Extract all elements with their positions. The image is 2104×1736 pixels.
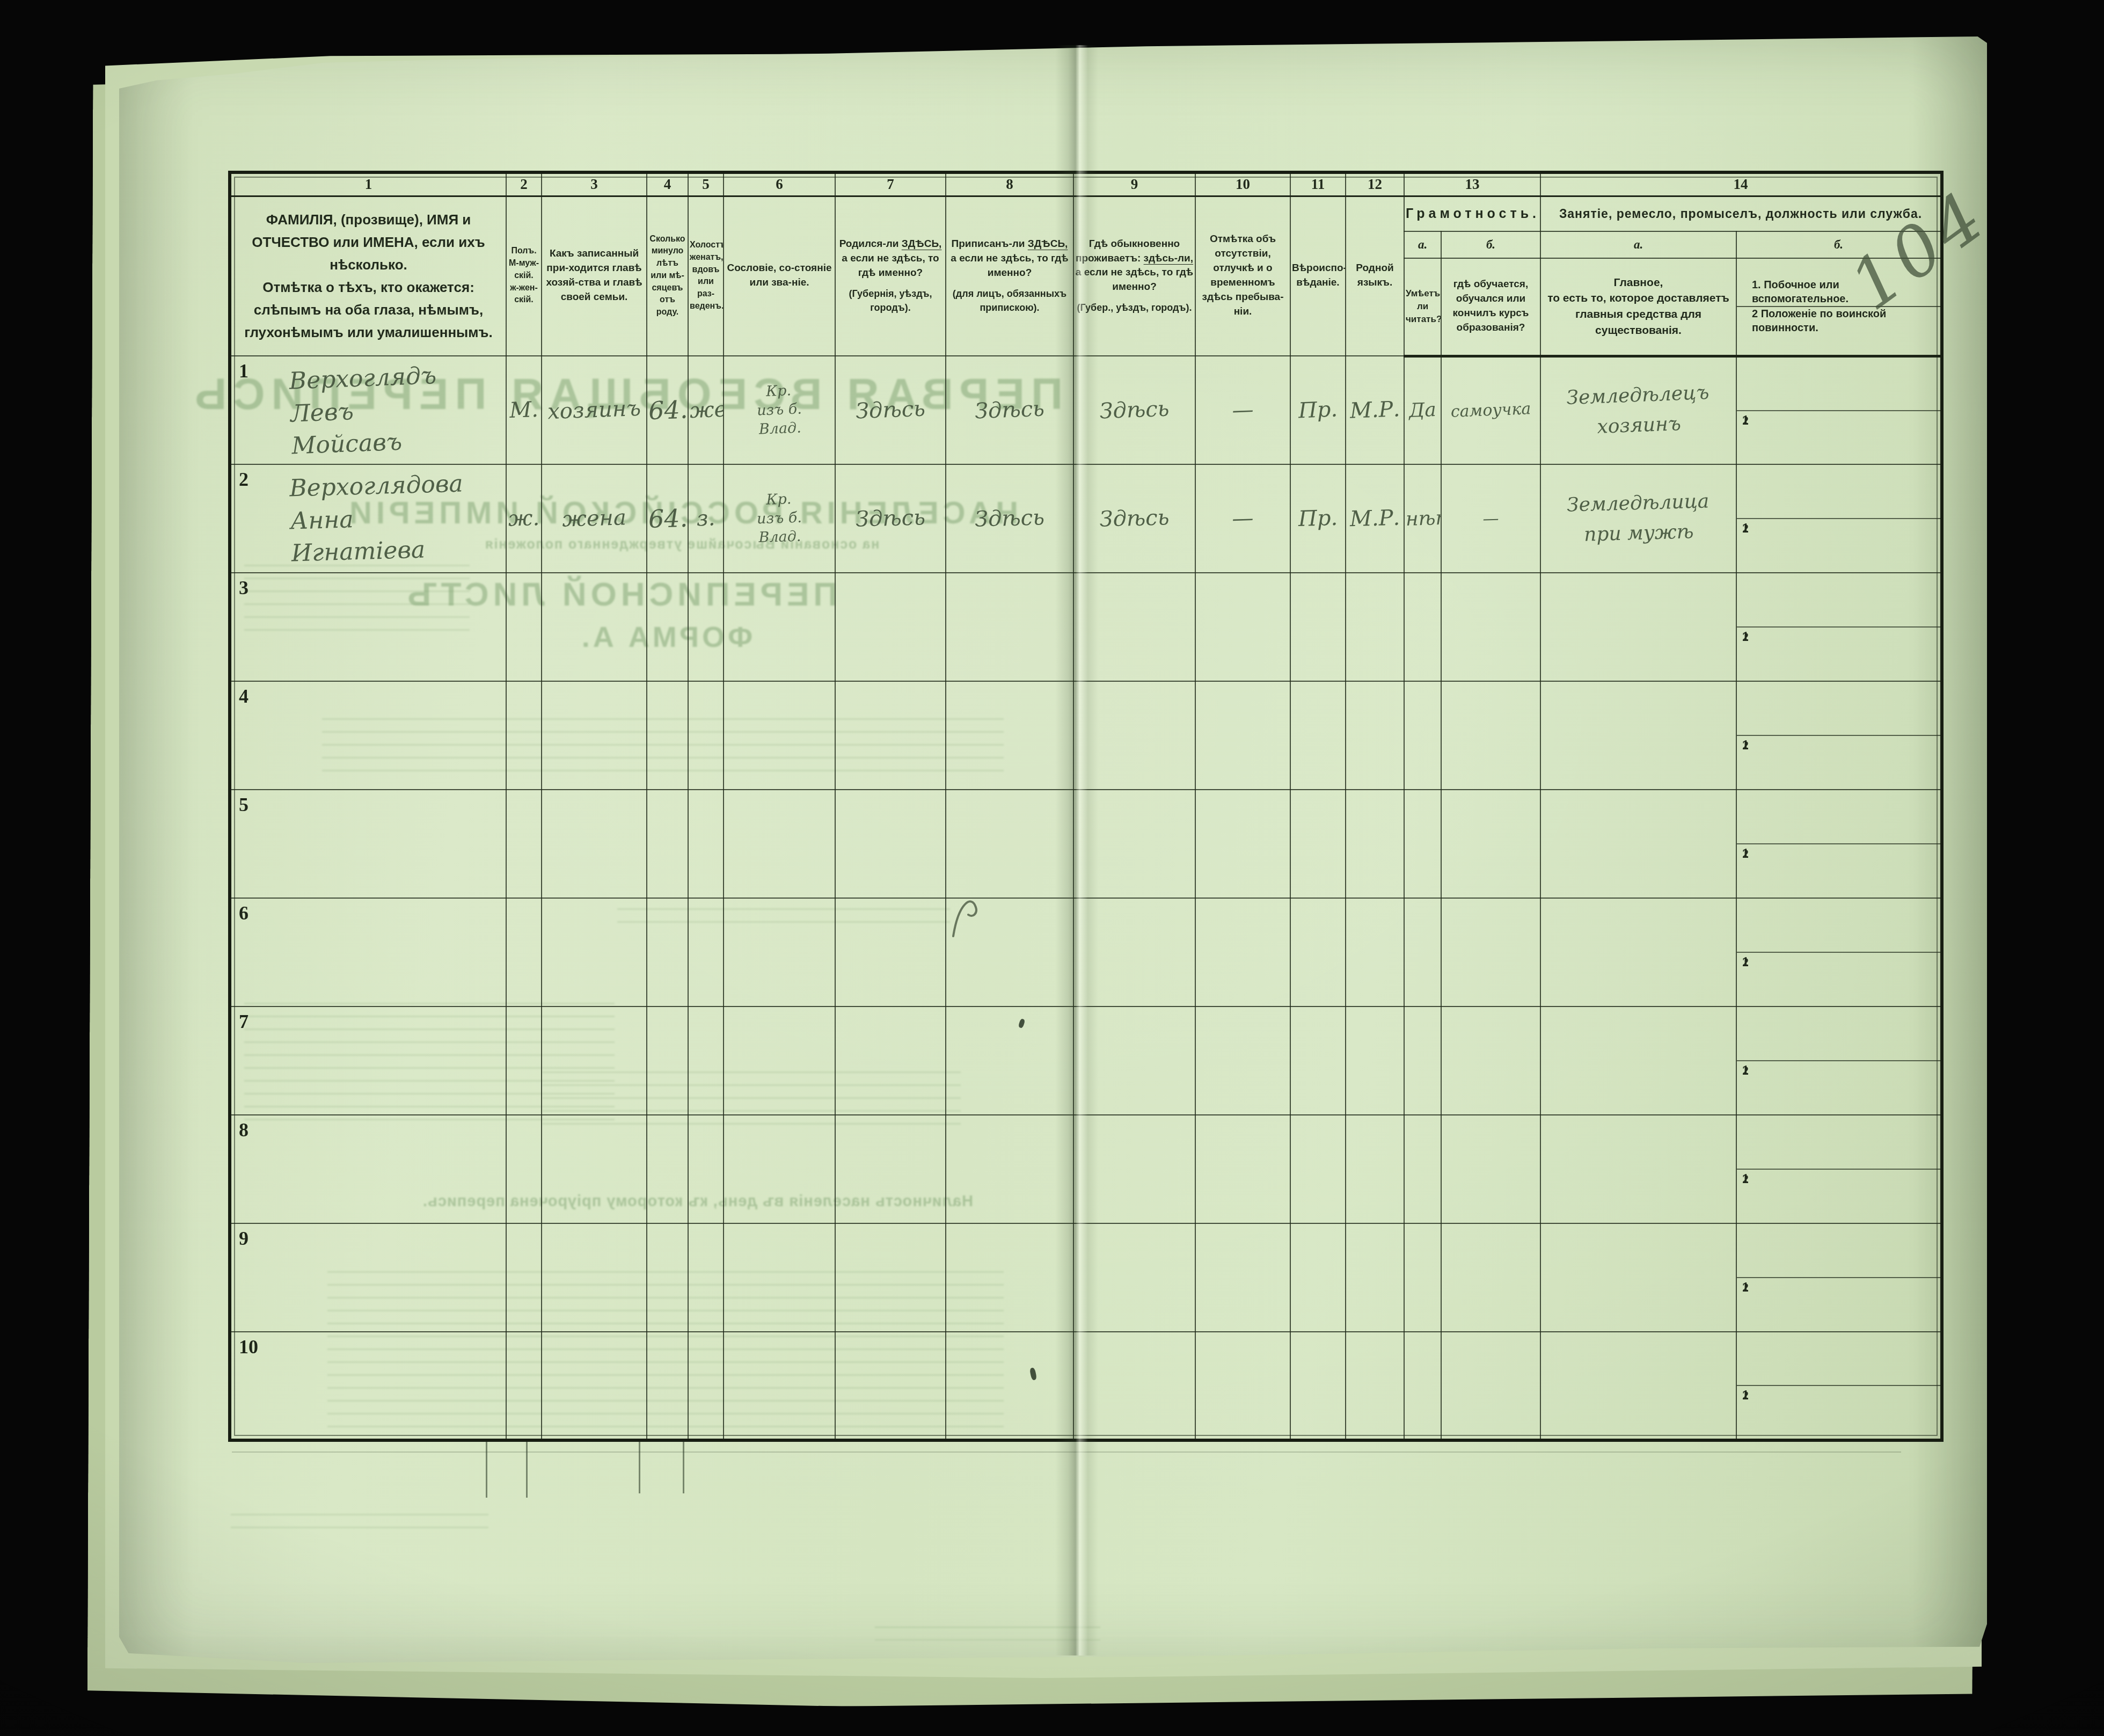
handwritten-entry: жена <box>543 505 645 532</box>
cell-sex <box>506 1115 542 1223</box>
cell-education <box>1441 898 1540 1006</box>
cell-side-occupation: 12 <box>1736 681 1942 790</box>
subrow-number: 2 <box>1742 414 1749 428</box>
cell-age: 64. <box>647 356 688 464</box>
cell-resides <box>1073 1115 1195 1223</box>
cell-age <box>647 1223 688 1332</box>
side-occupation-subcell: 1 <box>1737 1277 1940 1278</box>
cell-education <box>1441 1332 1540 1440</box>
person-row: 712 <box>230 1006 1942 1115</box>
cell-language <box>1346 790 1404 898</box>
person-row: 1012 <box>230 1332 1942 1440</box>
row-number: 5 <box>239 793 249 816</box>
cell-reads: нѣтъ <box>1404 464 1441 573</box>
cell-religion <box>1290 1223 1346 1332</box>
row-number: 10 <box>239 1336 258 1358</box>
cell-reads <box>1404 1332 1441 1440</box>
handwritten-entry: — <box>1443 508 1539 529</box>
handwritten-entry: Кр. изъ б. Влад. <box>725 489 835 549</box>
cell-registered <box>946 1332 1073 1440</box>
cell-born <box>835 790 946 898</box>
row-number: 4 <box>239 685 249 707</box>
cell-education: — <box>1441 464 1540 573</box>
subrow-number: 2 <box>1742 955 1749 970</box>
cell-resides <box>1073 898 1195 1006</box>
handwritten-entry: — <box>1196 505 1289 533</box>
cell-resides <box>1073 1332 1195 1440</box>
cell-sex: М. <box>506 356 542 464</box>
cell-absence <box>1195 1006 1290 1115</box>
handwritten-entry: Здѣсь <box>1075 396 1194 425</box>
header-education: гдѣ обучается, обучался или кончилъ курс… <box>1441 258 1540 356</box>
cell-side-occupation: 12 <box>1736 898 1942 1006</box>
cell-registered <box>946 790 1073 898</box>
cell-estate <box>724 1006 835 1115</box>
cell-name: 4 <box>230 681 506 790</box>
row-number: 9 <box>239 1227 249 1250</box>
handwritten-name <box>290 1165 505 1173</box>
cell-absence <box>1195 573 1290 681</box>
cell-reads <box>1404 1223 1441 1332</box>
header-age: Сколько минуло лѣтъ или мѣ-сяцевъ отъ ро… <box>647 196 688 356</box>
cell-sex <box>506 1223 542 1332</box>
cell-age <box>647 573 688 681</box>
cell-education <box>1441 1006 1540 1115</box>
cell-age: 64. <box>647 464 688 573</box>
side-occupation-subcell: 1 <box>1737 843 1940 844</box>
side-occupation-subcell: 1 <box>1737 518 1940 519</box>
cell-absence <box>1195 681 1290 790</box>
side-occupation-subcell: 1 <box>1737 952 1940 953</box>
cell-absence: — <box>1195 356 1290 464</box>
cell-religion <box>1290 790 1346 898</box>
cell-occupation_main <box>1540 898 1736 1006</box>
cell-relation <box>542 898 647 1006</box>
cell-occupation_main <box>1540 1006 1736 1115</box>
side-occupation-subcell: 1 <box>1737 735 1940 736</box>
cell-side-occupation: 12 <box>1736 573 1942 681</box>
cell-occupation_main <box>1540 790 1736 898</box>
subrow-number: 2 <box>1742 1389 1749 1403</box>
cell-marital <box>688 1115 724 1223</box>
cell-resides <box>1073 681 1195 790</box>
handwritten-entry: хозяинъ <box>543 396 646 424</box>
header-sex: Полъ. М-муж- скій. ж-жен- скій. <box>506 196 542 356</box>
cell-estate <box>724 790 835 898</box>
handwritten-entry: Здѣсь <box>836 505 944 533</box>
cell-age <box>647 1332 688 1440</box>
header-occupation-side-1: 1. Побочное или вспомогательное. <box>1737 278 1940 307</box>
cell-language <box>1346 898 1404 1006</box>
cell-resides <box>1073 1006 1195 1115</box>
cell-name: 7 <box>230 1006 506 1115</box>
cell-name: 1Верхоглядъ Левъ Мойсавъ <box>230 356 506 464</box>
header-registration: Приписанъ-ли ЗДѢСЬ, а если не здѣсь, то … <box>946 196 1073 356</box>
handwritten-name <box>290 949 505 956</box>
cell-occupation_main: Земледѣлица при мужѣ <box>1540 464 1736 573</box>
col-number-4: 4 <box>647 172 688 196</box>
handwritten-entry: з. <box>689 506 722 531</box>
cell-marital: з. <box>688 464 724 573</box>
header-religion: Вѣроиспо-вѣданіе. <box>1290 196 1346 356</box>
table-body: 1Верхоглядъ Левъ МойсавъМ.хозяинъ64.жеКр… <box>230 356 1942 1440</box>
handwritten-entry: Здѣсь <box>1075 505 1194 533</box>
table-header: 1 2 3 4 5 6 7 8 9 10 11 12 13 14 ФАМИЛІЯ… <box>230 172 1942 356</box>
cell-sex <box>506 681 542 790</box>
header-literacy-a: а. <box>1404 231 1441 258</box>
cell-education <box>1441 1115 1540 1223</box>
column-number-row: 1 2 3 4 5 6 7 8 9 10 11 12 13 14 <box>230 172 1942 196</box>
cell-born: Здѣсь <box>835 464 946 573</box>
header-relation: Какъ записанный при-ходится главѣ хозяй-… <box>542 196 647 356</box>
cell-name: 9 <box>230 1223 506 1332</box>
cell-estate <box>724 898 835 1006</box>
handwritten-entry <box>1542 624 1735 631</box>
cell-marital <box>688 681 724 790</box>
handwritten-entry <box>1737 406 1940 414</box>
cell-registered <box>946 1006 1073 1115</box>
handwritten-entry <box>1542 732 1735 739</box>
col-number-13: 13 <box>1404 172 1540 196</box>
cell-name: 5 <box>230 790 506 898</box>
handwritten-name <box>290 1274 505 1281</box>
cell-registered <box>946 1115 1073 1223</box>
cell-sex <box>506 790 542 898</box>
cell-reads <box>1404 681 1441 790</box>
header-absence: Отмѣтка объ отсутствіи, отлучкѣ и о врем… <box>1195 196 1290 356</box>
cell-religion: Пр. <box>1290 356 1346 464</box>
cell-religion <box>1290 681 1346 790</box>
cell-education <box>1441 790 1540 898</box>
cell-age <box>647 898 688 1006</box>
cell-side-occupation: 12 <box>1736 1223 1942 1332</box>
subrow-number: 2 <box>1742 1064 1749 1078</box>
cell-occupation_main <box>1540 1332 1736 1440</box>
cell-relation <box>542 681 647 790</box>
cell-language <box>1346 573 1404 681</box>
cell-language <box>1346 1006 1404 1115</box>
subrow-number: 2 <box>1742 630 1749 645</box>
row-number: 8 <box>239 1119 249 1141</box>
cell-education <box>1441 573 1540 681</box>
header-literacy-b: б. <box>1441 231 1540 258</box>
cell-reads <box>1404 1115 1441 1223</box>
cell-name: 10 <box>230 1332 506 1440</box>
handwritten-entry: М.Р. <box>1347 506 1402 532</box>
handwritten-entry: Здѣсь <box>947 505 1072 533</box>
person-row: 512 <box>230 790 1942 898</box>
cell-religion <box>1290 1115 1346 1223</box>
cell-born <box>835 681 946 790</box>
cell-religion <box>1290 1006 1346 1115</box>
handwritten-entry: Здѣсь <box>947 396 1072 425</box>
cell-reads <box>1404 573 1441 681</box>
cell-religion <box>1290 573 1346 681</box>
cell-sex <box>506 573 542 681</box>
subrow-number: 2 <box>1742 1172 1749 1187</box>
cell-resides: Здѣсь <box>1073 356 1195 464</box>
side-occupation-subcell: 1 <box>1737 1385 1940 1386</box>
cell-sex: ж. <box>506 464 542 573</box>
handwritten-entry: Кр. изъ б. Влад. <box>724 380 835 441</box>
handwritten-entry <box>1542 1382 1735 1389</box>
cell-relation <box>542 790 647 898</box>
handwritten-entry: 64. <box>648 504 686 534</box>
cell-age <box>647 790 688 898</box>
header-can-read: Умѣетъ-ли читать? <box>1404 258 1441 356</box>
col-number-1: 1 <box>230 172 506 196</box>
side-occupation-subcell: 1 <box>1737 1169 1940 1170</box>
handwritten-entry: — <box>1196 396 1289 425</box>
handwritten-entry <box>1542 1166 1735 1173</box>
cell-side-occupation: 12 <box>1736 464 1942 573</box>
cell-born: Здѣсь <box>835 356 946 464</box>
header-residence: Гдѣ обыкновенно проживаетъ: здѣсь-ли, а … <box>1073 196 1195 356</box>
cell-language: М.Р. <box>1346 356 1404 464</box>
cell-reads: Да <box>1404 356 1441 464</box>
cell-absence <box>1195 898 1290 1006</box>
header-marital: Холостъ, женатъ, вдовъ или раз-веденъ. <box>688 196 724 356</box>
cell-side-occupation: 12 <box>1736 1006 1942 1115</box>
cell-registered <box>946 1223 1073 1332</box>
side-occupation-subcell: 1 <box>1737 626 1940 628</box>
handwritten-entry <box>1737 407 1940 415</box>
cell-relation <box>542 573 647 681</box>
handwritten-entry: Пр. <box>1291 506 1344 532</box>
handwritten-name <box>290 1382 505 1389</box>
handwritten-entry: нѣтъ <box>1405 507 1440 530</box>
subrow-number: 2 <box>1742 1281 1749 1295</box>
cell-estate <box>724 573 835 681</box>
header-occupation-title: Занятіе, ремесло, промыселъ, должность и… <box>1540 196 1942 231</box>
handwritten-entry: Да <box>1405 399 1440 422</box>
col-number-2: 2 <box>506 172 542 196</box>
handwritten-entry <box>1737 516 1940 522</box>
handwritten-entry: Земледѣлецъ хозяинъ <box>1541 377 1736 444</box>
cell-side-occupation: 12 <box>1736 1115 1942 1223</box>
col-number-14: 14 <box>1540 172 1942 196</box>
handwritten-name <box>290 840 505 848</box>
cell-born <box>835 1223 946 1332</box>
cell-religion <box>1290 1332 1346 1440</box>
person-row: 612 <box>230 898 1942 1006</box>
header-occupation-side-2: 2 Положеніе по воинской повинности. <box>1737 307 1940 335</box>
row-number: 3 <box>239 577 249 599</box>
handwritten-name: Верхоглядъ Левъ Мойсавъ <box>289 357 506 463</box>
header-language: Родной языкъ. <box>1346 196 1404 356</box>
cell-age <box>647 681 688 790</box>
cell-sex <box>506 1332 542 1440</box>
cell-occupation_main: Земледѣлецъ хозяинъ <box>1540 356 1736 464</box>
cell-reads <box>1404 790 1441 898</box>
col-number-3: 3 <box>542 172 647 196</box>
cell-relation: хозяинъ <box>542 356 647 464</box>
cell-language <box>1346 1332 1404 1440</box>
person-row: 412 <box>230 681 1942 790</box>
cell-estate: Кр. изъ б. Влад. <box>724 356 835 464</box>
cell-resides: Здѣсь <box>1073 464 1195 573</box>
subrow-number: 2 <box>1742 739 1749 753</box>
col-number-8: 8 <box>946 172 1073 196</box>
cell-born <box>835 573 946 681</box>
cell-language <box>1346 1223 1404 1332</box>
cell-language <box>1346 681 1404 790</box>
cell-marital: же <box>688 356 724 464</box>
cell-marital <box>688 790 724 898</box>
handwritten-entry <box>1737 515 1940 521</box>
cell-resides <box>1073 573 1195 681</box>
cell-registered <box>946 573 1073 681</box>
handwritten-entry: М.Р. <box>1347 397 1403 424</box>
cell-education <box>1441 681 1540 790</box>
cell-side-occupation: 12 <box>1736 790 1942 898</box>
handwritten-entry <box>1542 949 1735 956</box>
cell-occupation_main <box>1540 681 1736 790</box>
row-number: 6 <box>239 902 249 924</box>
cell-relation <box>542 1223 647 1332</box>
cell-side-occupation: 12 <box>1736 356 1942 464</box>
cell-absence: — <box>1195 464 1290 573</box>
cell-absence <box>1195 1332 1290 1440</box>
handwritten-name <box>290 732 505 739</box>
cell-born <box>835 898 946 1006</box>
header-name: ФАМИЛІЯ, (прозвище), ИМЯ и ОТЧЕСТВО или … <box>230 196 506 356</box>
cell-born <box>835 1006 946 1115</box>
handwritten-entry: Пр. <box>1291 397 1345 424</box>
cell-absence <box>1195 790 1290 898</box>
header-occupation-side: 1. Побочное или вспомогательное. 2 Полож… <box>1736 258 1942 356</box>
handwritten-entry: Здѣсь <box>836 396 945 425</box>
cell-absence <box>1195 1115 1290 1223</box>
cell-relation: жена <box>542 464 647 573</box>
cell-registered: Здѣсь <box>946 356 1073 464</box>
handwritten-entry: ж. <box>507 506 540 531</box>
col-number-5: 5 <box>688 172 724 196</box>
handwritten-name <box>290 1057 505 1064</box>
header-occupation-main: Главное, то есть то, которое доставляетъ… <box>1540 258 1736 356</box>
cell-name: 3 <box>230 573 506 681</box>
subrow-number: 2 <box>1742 847 1749 862</box>
cell-relation <box>542 1006 647 1115</box>
cell-education <box>1441 1223 1540 1332</box>
cell-name: 8 <box>230 1115 506 1223</box>
cell-religion <box>1290 898 1346 1006</box>
cell-reads <box>1404 1006 1441 1115</box>
cell-name: 6 <box>230 898 506 1006</box>
side-occupation-subcell: 1 <box>1737 1060 1940 1061</box>
row-number: 2 <box>239 468 249 491</box>
handwritten-entry: М. <box>507 397 540 423</box>
row-number: 1 <box>239 360 249 382</box>
cell-born <box>835 1115 946 1223</box>
cell-age <box>647 1006 688 1115</box>
handwritten-name <box>290 623 505 631</box>
col-number-6: 6 <box>724 172 835 196</box>
handwritten-entry: 64. <box>648 395 687 426</box>
cell-marital <box>688 898 724 1006</box>
handwritten-name: Верхоглядова Анна Игнатіева <box>289 466 506 570</box>
person-row: 912 <box>230 1223 1942 1332</box>
handwritten-entry: самоучка <box>1442 399 1539 422</box>
cell-sex <box>506 1006 542 1115</box>
row-number: 7 <box>239 1010 249 1033</box>
handwritten-entry <box>1542 1274 1735 1281</box>
header-occupation-b: б. <box>1736 231 1942 258</box>
cell-born <box>835 1332 946 1440</box>
handwritten-entry: же <box>689 397 722 423</box>
col-number-10: 10 <box>1195 172 1290 196</box>
header-estate: Сословіе, со-стояніе или зва-ніе. <box>724 196 835 356</box>
cell-language: М.Р. <box>1346 464 1404 573</box>
cell-education: самоучка <box>1441 356 1540 464</box>
cell-sex <box>506 898 542 1006</box>
handwritten-entry <box>1542 841 1735 848</box>
cell-registered: Здѣсь <box>946 464 1073 573</box>
cell-occupation_main <box>1540 573 1736 681</box>
cell-resides <box>1073 1223 1195 1332</box>
cell-side-occupation: 12 <box>1736 1332 1942 1440</box>
cell-relation <box>542 1115 647 1223</box>
cell-absence <box>1195 1223 1290 1332</box>
col-number-11: 11 <box>1290 172 1346 196</box>
subrow-number: 2 <box>1742 522 1749 536</box>
cell-marital <box>688 1223 724 1332</box>
cell-occupation_main <box>1540 1223 1736 1332</box>
cell-marital <box>688 573 724 681</box>
cell-marital <box>688 1332 724 1440</box>
handwritten-entry: Земледѣлица при мужѣ <box>1542 486 1736 551</box>
person-row: 2Верхоглядова Анна Игнатіеваж.жена64.з.К… <box>230 464 1942 573</box>
cell-name: 2Верхоглядова Анна Игнатіева <box>230 464 506 573</box>
person-row: 812 <box>230 1115 1942 1223</box>
ghost-rule <box>232 1451 1901 1453</box>
cell-registered <box>946 681 1073 790</box>
cell-estate: Кр. изъ б. Влад. <box>724 464 835 573</box>
header-birthplace: Родился-ли ЗДѢСЬ, а если не здѣсь, то гд… <box>835 196 946 356</box>
cell-estate <box>724 1332 835 1440</box>
col-number-9: 9 <box>1073 172 1195 196</box>
col-number-7: 7 <box>835 172 946 196</box>
cell-estate <box>724 681 835 790</box>
person-row: 1Верхоглядъ Левъ МойсавъМ.хозяинъ64.жеКр… <box>230 356 1942 464</box>
col-number-12: 12 <box>1346 172 1404 196</box>
header-literacy-title: Грамотность. <box>1404 196 1540 231</box>
cell-age <box>647 1115 688 1223</box>
handwritten-entry <box>1542 1057 1735 1064</box>
cell-language <box>1346 1115 1404 1223</box>
cell-religion: Пр. <box>1290 464 1346 573</box>
header-occupation-a: а. <box>1540 231 1736 258</box>
cell-resides <box>1073 790 1195 898</box>
cell-reads <box>1404 898 1441 1006</box>
census-table: 1 2 3 4 5 6 7 8 9 10 11 12 13 14 ФАМИЛІЯ… <box>228 171 1944 1442</box>
cell-registered <box>946 898 1073 1006</box>
side-occupation-subcell: 1 <box>1737 410 1940 411</box>
cell-occupation_main <box>1540 1115 1736 1223</box>
cell-estate <box>724 1115 835 1223</box>
cell-relation <box>542 1332 647 1440</box>
cell-marital <box>688 1006 724 1115</box>
person-row: 312 <box>230 573 1942 681</box>
cell-estate <box>724 1223 835 1332</box>
